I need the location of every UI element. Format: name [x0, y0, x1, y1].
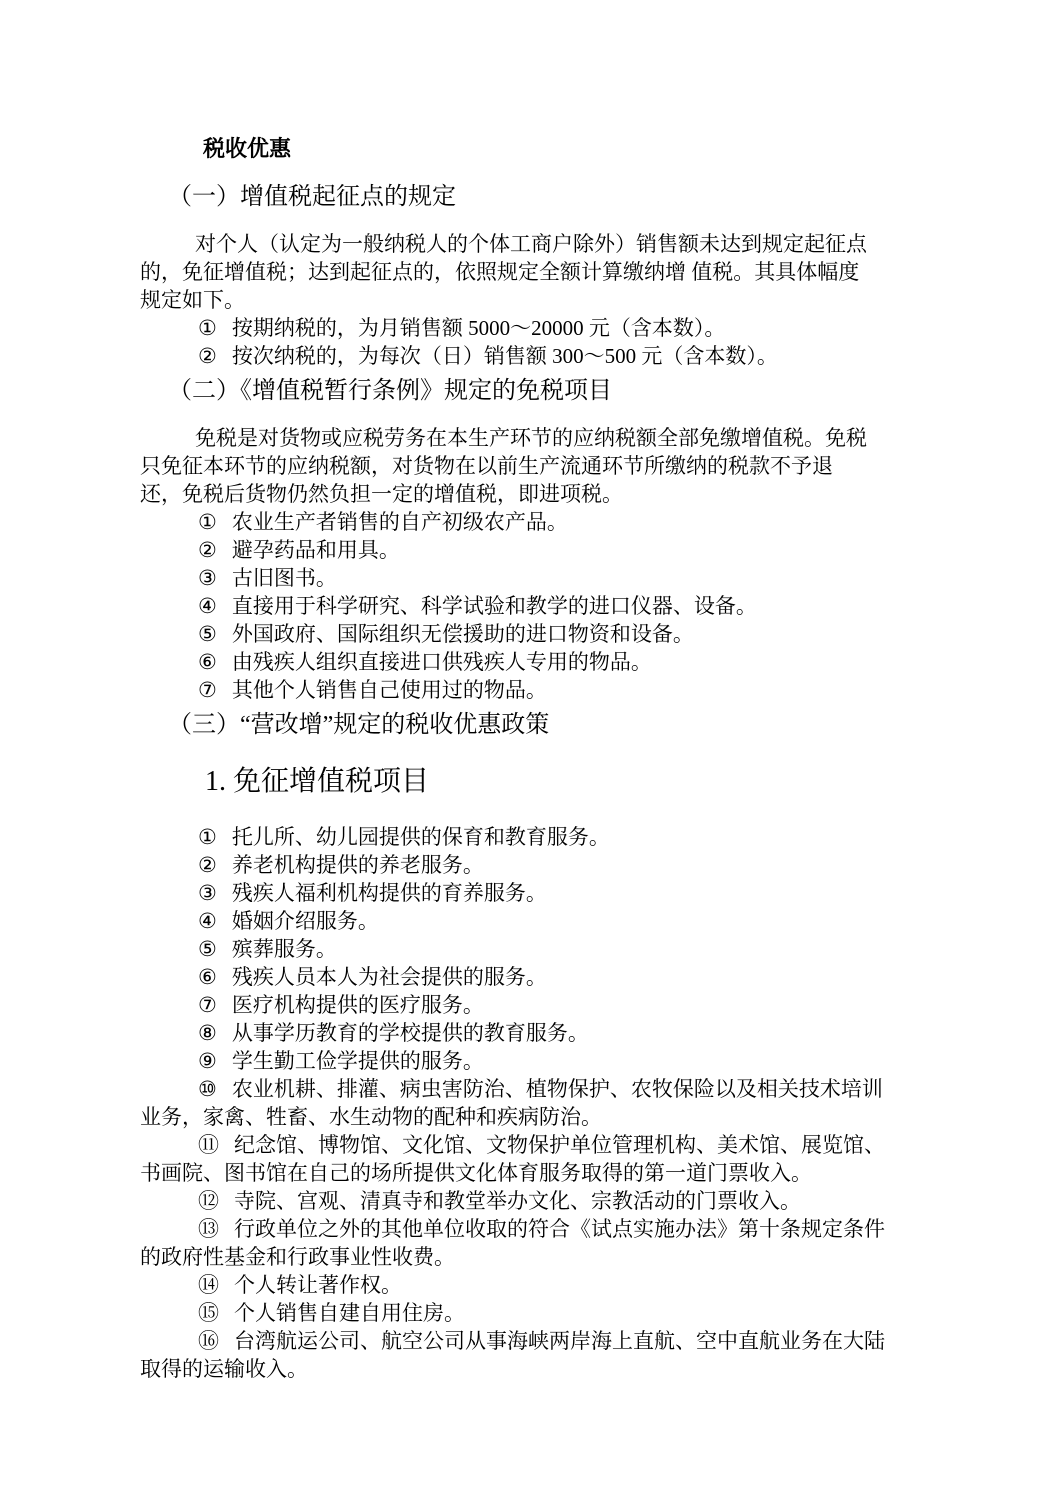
text-line: 纪念馆、博物馆、文化馆、文物保护单位管理机构、美术馆、展览馆、 [234, 1133, 885, 1157]
text-line: 只免征本环节的应纳税额，对货物在以前生产流通环节所缴纳的税款不予退 [140, 454, 833, 478]
item-text: 避孕药品和用具。 [232, 538, 400, 562]
list-item: ①农业生产者销售的自产初级农产品。 [140, 508, 889, 536]
item-number: ⑦ [198, 993, 217, 1017]
item-number: ⑭ [198, 1273, 219, 1297]
item-text: 由残疾人组织直接进口供残疾人专用的物品。 [232, 650, 652, 674]
text-line: 规定如下。 [140, 288, 245, 312]
list-item: ⑨学生勤工俭学提供的服务。 [140, 1047, 889, 1075]
item-text: 医疗机构提供的医疗服务。 [232, 993, 484, 1017]
item-text: 台湾航运公司、航空公司从事海峡两岸海上直航、空中直航业务在大陆取得的运输收入。 [140, 1329, 885, 1381]
item-text: 其他个人销售自己使用过的物品。 [232, 678, 547, 702]
item-number: ② [198, 538, 217, 562]
item-number: ② [198, 344, 217, 368]
list-item: ⑦其他个人销售自己使用过的物品。 [140, 676, 889, 704]
text-line: 免税是对货物或应税劳务在本生产环节的应纳税额全部免缴增值税。免税 [195, 426, 867, 450]
text-line: 农业生产者销售的自产初级农产品。 [232, 510, 568, 534]
text-line: 按次纳税的，为每次（日）销售额 300～500 元（含本数）。 [232, 344, 778, 368]
item-text: 托儿所、幼儿园提供的保育和教育服务。 [232, 825, 610, 849]
text-line: 对个人（认定为一般纳税人的个体工商户除外）销售额未达到规定起征点 [195, 232, 867, 256]
item-text: 寺院、宫观、清真寺和教堂举办文化、宗教活动的门票收入。 [234, 1189, 801, 1213]
text-line: 取得的运输收入。 [140, 1357, 308, 1381]
text-line: 由残疾人组织直接进口供残疾人专用的物品。 [232, 650, 652, 674]
text-line: 养老机构提供的养老服务。 [232, 853, 484, 877]
section-heading: （一）增值税起征点的规定 [168, 184, 889, 211]
item-text: 按期纳税的，为月销售额 5000～20000 元（含本数）。 [232, 316, 726, 340]
list-item: ⑮个人销售自建自用住房。 [140, 1299, 889, 1327]
list-item: ①按期纳税的，为月销售额 5000～20000 元（含本数）。 [140, 314, 889, 342]
item-number: ⑧ [198, 1021, 217, 1045]
text-line: 医疗机构提供的医疗服务。 [232, 993, 484, 1017]
section-subheading: 1. 免征增值税项目 [205, 768, 889, 795]
text-line: 农业机耕、排灌、病虫害防治、植物保护、农牧保险以及相关技术培训 [232, 1077, 883, 1101]
text-line: 台湾航运公司、航空公司从事海峡两岸海上直航、空中直航业务在大陆 [234, 1329, 885, 1353]
item-number: ⑨ [198, 1049, 217, 1073]
item-number: ① [198, 316, 217, 340]
list-item: ⑬行政单位之外的其他单位收取的符合《试点实施办法》第十条规定条件的政府性基金和行… [140, 1215, 889, 1271]
list-item: ④婚姻介绍服务。 [140, 907, 889, 935]
text-line: 古旧图书。 [232, 566, 337, 590]
text-line: 从事学历教育的学校提供的教育服务。 [232, 1021, 589, 1045]
item-number: ② [198, 853, 217, 877]
list-item: ②养老机构提供的养老服务。 [140, 851, 889, 879]
item-number: ⑯ [198, 1329, 219, 1353]
text-line: 残疾人员本人为社会提供的服务。 [232, 965, 547, 989]
text-line: 的政府性基金和行政事业性收费。 [140, 1245, 455, 1269]
item-text: 纪念馆、博物馆、文化馆、文物保护单位管理机构、美术馆、展览馆、书画院、图书馆在自… [140, 1133, 885, 1185]
item-number: ④ [198, 909, 217, 933]
text-line: 直接用于科学研究、科学试验和教学的进口仪器、设备。 [232, 594, 757, 618]
item-number: ⑤ [198, 622, 217, 646]
item-number: ① [198, 825, 217, 849]
item-text: 外国政府、国际组织无偿援助的进口物资和设备。 [232, 622, 694, 646]
item-text: 行政单位之外的其他单位收取的符合《试点实施办法》第十条规定条件的政府性基金和行政… [140, 1217, 885, 1269]
list-item: ⑭个人转让著作权。 [140, 1271, 889, 1299]
item-text: 个人转让著作权。 [234, 1273, 402, 1297]
text-line: 寺院、宫观、清真寺和教堂举办文化、宗教活动的门票收入。 [234, 1189, 801, 1213]
list-item: ①托儿所、幼儿园提供的保育和教育服务。 [140, 823, 889, 851]
item-text: 个人销售自建自用住房。 [234, 1301, 465, 1325]
list-item: ⑥由残疾人组织直接进口供残疾人专用的物品。 [140, 648, 889, 676]
item-number: ⑫ [198, 1189, 219, 1213]
list-item: ⑩农业机耕、排灌、病虫害防治、植物保护、农牧保险以及相关技术培训业务，家禽、牲畜… [140, 1075, 889, 1131]
list-item: ⑪纪念馆、博物馆、文化馆、文物保护单位管理机构、美术馆、展览馆、书画院、图书馆在… [140, 1131, 889, 1187]
item-text: 农业生产者销售的自产初级农产品。 [232, 510, 568, 534]
list-item: ②按次纳税的，为每次（日）销售额 300～500 元（含本数）。 [140, 342, 889, 370]
text-line: 书画院、图书馆在自己的场所提供文化体育服务取得的第一道门票收入。 [140, 1161, 812, 1185]
document-content: （一）增值税起征点的规定对个人（认定为一般纳税人的个体工商户除外）销售额未达到规… [140, 184, 889, 1383]
list-item: ⑦医疗机构提供的医疗服务。 [140, 991, 889, 1019]
item-text: 从事学历教育的学校提供的教育服务。 [232, 1021, 589, 1045]
text-line: 婚姻介绍服务。 [232, 909, 379, 933]
item-number: ⑥ [198, 965, 217, 989]
item-number: ⑤ [198, 937, 217, 961]
section-heading: （三）“营改增”规定的税收优惠政策 [168, 712, 889, 739]
item-text: 古旧图书。 [232, 566, 337, 590]
item-number: ④ [198, 594, 217, 618]
text-line: 按期纳税的，为月销售额 5000～20000 元（含本数）。 [232, 316, 726, 340]
list-item: ③古旧图书。 [140, 564, 889, 592]
item-number: ③ [198, 881, 217, 905]
item-number: ⑦ [198, 678, 217, 702]
list-item: ⑧从事学历教育的学校提供的教育服务。 [140, 1019, 889, 1047]
item-list: ①按期纳税的，为月销售额 5000～20000 元（含本数）。②按次纳税的，为每… [140, 314, 889, 370]
text-line: 避孕药品和用具。 [232, 538, 400, 562]
item-number: ⑥ [198, 650, 217, 674]
item-text: 学生勤工俭学提供的服务。 [232, 1049, 484, 1073]
document-title: 税收优惠 [203, 138, 889, 160]
item-text: 婚姻介绍服务。 [232, 909, 379, 933]
list-item: ⑫寺院、宫观、清真寺和教堂举办文化、宗教活动的门票收入。 [140, 1187, 889, 1215]
text-line: 其他个人销售自己使用过的物品。 [232, 678, 547, 702]
item-text: 农业机耕、排灌、病虫害防治、植物保护、农牧保险以及相关技术培训业务，家禽、牲畜、… [140, 1077, 883, 1129]
item-number: ⑪ [198, 1133, 219, 1157]
item-list: ①托儿所、幼儿园提供的保育和教育服务。②养老机构提供的养老服务。③残疾人福利机构… [140, 823, 889, 1383]
section-paragraph: 对个人（认定为一般纳税人的个体工商户除外）销售额未达到规定起征点的，免征增值税；… [140, 230, 889, 314]
text-line: 托儿所、幼儿园提供的保育和教育服务。 [232, 825, 610, 849]
text-line: 个人销售自建自用住房。 [234, 1301, 465, 1325]
text-line: 学生勤工俭学提供的服务。 [232, 1049, 484, 1073]
text-line: 残疾人福利机构提供的育养服务。 [232, 881, 547, 905]
text-line: 个人转让著作权。 [234, 1273, 402, 1297]
text-line: 的，免征增值税；达到起征点的，依照规定全额计算缴纳增 值税。其具体幅度 [140, 260, 859, 284]
item-text: 殡葬服务。 [232, 937, 337, 961]
document-page: 税收优惠 （一）增值税起征点的规定对个人（认定为一般纳税人的个体工商户除外）销售… [0, 0, 1059, 1497]
item-text: 养老机构提供的养老服务。 [232, 853, 484, 877]
item-list: ①农业生产者销售的自产初级农产品。②避孕药品和用具。③古旧图书。④直接用于科学研… [140, 508, 889, 704]
item-number: ⑬ [198, 1217, 219, 1241]
item-text: 残疾人福利机构提供的育养服务。 [232, 881, 547, 905]
item-number: ⑩ [198, 1077, 217, 1101]
item-text: 残疾人员本人为社会提供的服务。 [232, 965, 547, 989]
list-item: ④直接用于科学研究、科学试验和教学的进口仪器、设备。 [140, 592, 889, 620]
item-number: ③ [198, 566, 217, 590]
item-number: ⑮ [198, 1301, 219, 1325]
text-line: 还，免税后货物仍然负担一定的增值税，即进项税。 [140, 482, 623, 506]
list-item: ⑤外国政府、国际组织无偿援助的进口物资和设备。 [140, 620, 889, 648]
item-text: 直接用于科学研究、科学试验和教学的进口仪器、设备。 [232, 594, 757, 618]
item-number: ① [198, 510, 217, 534]
text-line: 殡葬服务。 [232, 937, 337, 961]
list-item: ②避孕药品和用具。 [140, 536, 889, 564]
list-item: ⑤殡葬服务。 [140, 935, 889, 963]
section-heading: （二）《增值税暂行条例》规定的免税项目 [168, 378, 889, 405]
text-line: 外国政府、国际组织无偿援助的进口物资和设备。 [232, 622, 694, 646]
list-item: ⑥残疾人员本人为社会提供的服务。 [140, 963, 889, 991]
list-item: ⑯台湾航运公司、航空公司从事海峡两岸海上直航、空中直航业务在大陆取得的运输收入。 [140, 1327, 889, 1383]
text-line: 业务，家禽、牲畜、水生动物的配种和疾病防治。 [140, 1105, 602, 1129]
section-paragraph: 免税是对货物或应税劳务在本生产环节的应纳税额全部免缴增值税。免税只免征本环节的应… [140, 424, 889, 508]
item-text: 按次纳税的，为每次（日）销售额 300～500 元（含本数）。 [232, 344, 778, 368]
list-item: ③残疾人福利机构提供的育养服务。 [140, 879, 889, 907]
text-line: 行政单位之外的其他单位收取的符合《试点实施办法》第十条规定条件 [234, 1217, 885, 1241]
